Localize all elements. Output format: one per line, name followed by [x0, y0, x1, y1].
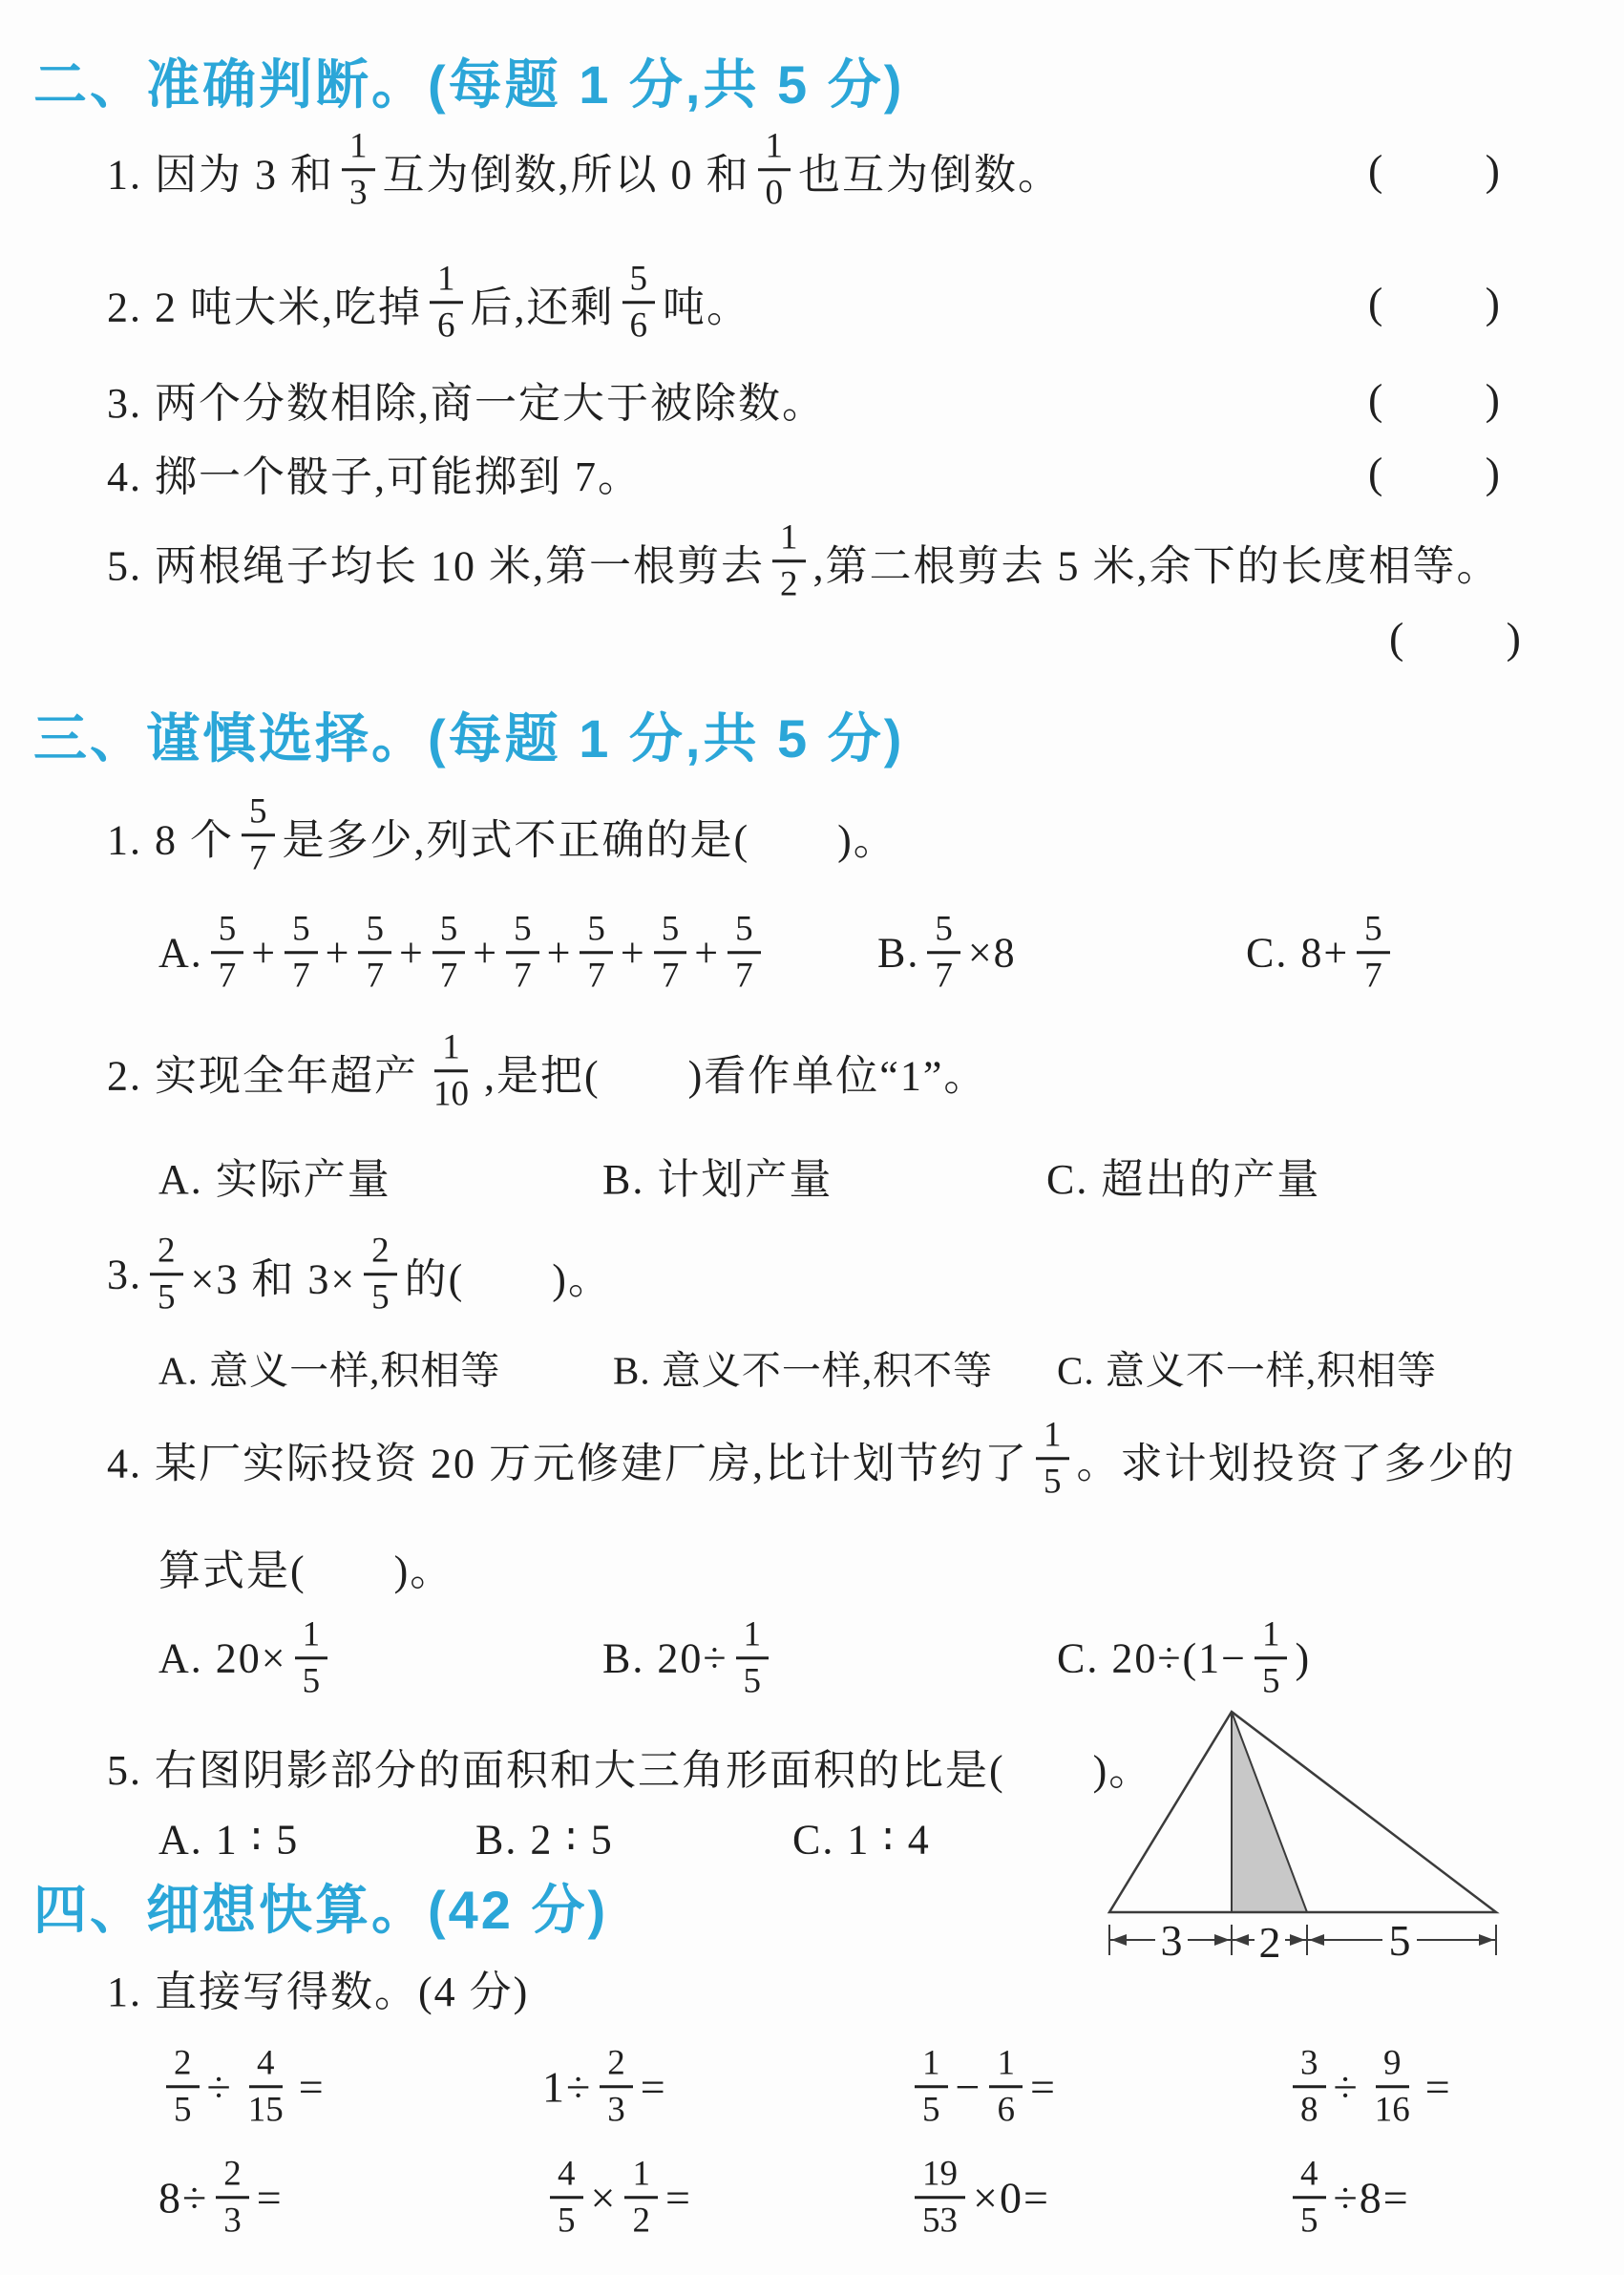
fraction-numerator: 1	[624, 2152, 658, 2199]
text-run: B. 计划产量	[602, 1145, 833, 1206]
fraction-numerator: 5	[242, 790, 275, 836]
fraction-denominator: 7	[927, 955, 960, 999]
text-run: 。求计划投资了多少的	[1077, 1428, 1516, 1489]
text-run: 后,还剩	[471, 272, 615, 333]
text-run: =	[1425, 2062, 1452, 2113]
text-run: 3.	[107, 1251, 142, 1299]
text-run: B. 2 ∶ 5	[475, 1816, 614, 1864]
fraction-denominator: 16	[1367, 2089, 1418, 2133]
choice-question-2: 2. 实现全年超产 110,是把( )看作单位“1”。	[107, 1025, 987, 1117]
fraction-numerator: 9	[1376, 2041, 1409, 2088]
fraction: 57	[432, 907, 466, 999]
fraction-denominator: 3	[600, 2089, 633, 2133]
fraction-denominator: 3	[216, 2200, 249, 2243]
fraction-denominator: 5	[915, 2089, 948, 2133]
math-worksheet-page: 二、准确判断。(每题 1 分,共 5 分) 1. 因为 3 和 13 互为倒数,…	[0, 0, 1624, 2275]
text-run: 5. 两根绳子均长 10 米,第一根剪去	[107, 531, 765, 592]
fraction-denominator: 7	[285, 955, 318, 999]
text-run: C. 1 ∶ 4	[792, 1816, 931, 1864]
choice-2-option-b: B. 计划产量	[602, 1145, 833, 1206]
text-run: +	[473, 929, 498, 978]
fraction-denominator: 5	[295, 1660, 328, 1704]
text-run: +	[694, 929, 720, 978]
choice-2-option-c: C. 超出的产量	[1046, 1145, 1320, 1206]
text-run: 4. 掷一个骰子,可能掷到 7。	[107, 442, 642, 503]
fraction: 16	[430, 257, 463, 348]
fraction: 25	[364, 1229, 397, 1320]
fraction: 415	[241, 2041, 291, 2133]
fraction-numerator: 1	[915, 2041, 948, 2088]
fraction-denominator: 2	[624, 2200, 658, 2243]
text-run: 4. 某厂实际投资 20 万元修建厂房,比计划节约了	[107, 1428, 1028, 1489]
fraction: 57	[285, 907, 318, 999]
choice-3-option-b: B. 意义不一样,积不等	[613, 1339, 993, 1396]
fraction: 45	[550, 2152, 583, 2243]
paren-open: (	[1368, 278, 1382, 328]
fraction: 15	[1036, 1413, 1069, 1505]
choice-question-1: 1. 8 个 57 是多少,列式不正确的是( )。	[107, 790, 897, 881]
text-run: =	[299, 2062, 326, 2113]
fraction-denominator: 7	[580, 955, 613, 999]
fraction: 110	[426, 1025, 476, 1117]
text-run: 的( )。	[405, 1244, 612, 1305]
fraction: 57	[358, 907, 391, 999]
fraction: 25	[150, 1229, 183, 1320]
text-run: A. 实际产量	[158, 1145, 391, 1206]
fraction-denominator: 6	[430, 305, 463, 348]
big-triangle	[1109, 1712, 1496, 1912]
text-run: ,是把( )看作单位“1”。	[484, 1041, 987, 1102]
calc-expression-8: 45÷8=	[1285, 2152, 1410, 2243]
fraction: 57	[1357, 907, 1390, 999]
choice-question-4-line-2: 算式是( )。	[158, 1536, 453, 1597]
fraction: 16	[989, 2041, 1023, 2133]
answer-blank-2: ()	[1368, 278, 1500, 328]
fraction-numerator: 1	[772, 516, 806, 562]
choice-3-option-a: A. 意义一样,积相等	[158, 1339, 500, 1396]
fraction-denominator: 15	[241, 2089, 291, 2133]
text-run: 是多少,列式不正确的是( )。	[283, 805, 897, 866]
fraction-denominator: 5	[1036, 1461, 1069, 1505]
text-run: +	[547, 929, 573, 978]
fraction-numerator: 5	[358, 907, 391, 954]
fraction: 13	[342, 124, 375, 216]
text-run: A.	[158, 929, 203, 978]
text-run: 吨。	[663, 272, 750, 333]
fraction-denominator: 7	[432, 955, 466, 999]
choice-5-option-a: A. 1 ∶ 5	[158, 1816, 299, 1864]
text-run: 也互为倒数。	[798, 139, 1062, 200]
text-run: −	[956, 2062, 982, 2113]
fraction-denominator: 0	[758, 172, 791, 216]
text-run: C. 超出的产量	[1046, 1145, 1320, 1206]
text-run: 1. 8 个	[107, 805, 234, 866]
fraction: 916	[1367, 2041, 1418, 2133]
fraction-numerator: 1	[989, 2041, 1023, 2088]
fraction-denominator: 2	[772, 563, 806, 607]
judgment-question-3: 3. 两个分数相除,商一定大于被除数。	[107, 369, 826, 430]
fraction: 45	[1293, 2152, 1326, 2243]
text-run: ÷	[1334, 2062, 1360, 2113]
fraction: 15	[295, 1612, 328, 1704]
fraction-denominator: 7	[1357, 955, 1390, 999]
answer-blank-5: ()	[1389, 613, 1521, 664]
fraction-numerator: 1	[1255, 1612, 1288, 1659]
fraction-denominator: 8	[1293, 2089, 1326, 2133]
fraction-denominator: 5	[550, 2200, 583, 2243]
fraction-numerator: 1	[1036, 1413, 1069, 1460]
text-run: ×8	[968, 929, 1017, 978]
paren-open: (	[1368, 145, 1382, 196]
fraction: 57	[580, 907, 613, 999]
text-run: 2. 实现全年超产	[107, 1041, 418, 1102]
fraction-denominator: 7	[506, 955, 539, 999]
fraction: 15	[736, 1612, 770, 1704]
text-run: 互为倒数,所以 0 和	[383, 139, 750, 200]
fraction-numerator: 2	[600, 2041, 633, 2088]
paren-open: (	[1368, 374, 1382, 425]
choice-5-option-b: B. 2 ∶ 5	[475, 1816, 614, 1864]
fraction-numerator: 5	[1357, 907, 1390, 954]
fraction-denominator: 5	[166, 2089, 200, 2133]
text-run: B. 意义不一样,积不等	[613, 1339, 993, 1396]
calc-expression-4: 38÷916=	[1285, 2041, 1452, 2133]
text-run: A. 意义一样,积相等	[158, 1339, 500, 1396]
fraction-denominator: 5	[150, 1276, 183, 1320]
text-run: 算式是( )。	[158, 1536, 453, 1597]
fraction-numerator: 5	[728, 907, 761, 954]
judgment-question-1: 1. 因为 3 和 13 互为倒数,所以 0 和 10 也互为倒数。	[107, 124, 1062, 216]
fraction-numerator: 5	[580, 907, 613, 954]
fraction-numerator: 1	[295, 1612, 328, 1659]
fraction: 57	[506, 907, 539, 999]
choice-3-option-c: C. 意义不一样,积相等	[1057, 1339, 1437, 1396]
fraction-numerator: 2	[150, 1229, 183, 1275]
fraction-denominator: 6	[622, 305, 656, 348]
fraction-denominator: 10	[426, 1073, 476, 1117]
choice-1-option-c: C. 8+57	[1246, 907, 1398, 999]
choice-5-option-c: C. 1 ∶ 4	[792, 1816, 931, 1864]
fraction-numerator: 1	[430, 257, 463, 304]
fraction-numerator: 5	[285, 907, 318, 954]
text-run: 3. 两个分数相除,商一定大于被除数。	[107, 369, 826, 430]
text-run: =	[665, 2173, 692, 2223]
text-run: 8÷	[158, 2173, 208, 2223]
text-run: +	[621, 929, 646, 978]
text-run: 1. 因为 3 和	[107, 139, 334, 200]
fraction: 38	[1293, 2041, 1326, 2133]
choice-1-option-b: B. 57×8	[877, 907, 1017, 999]
text-run: B.	[877, 929, 919, 978]
fraction: 12	[624, 2152, 658, 2243]
text-run: 5. 右图阴影部分的面积和大三角形面积的比是( )。	[107, 1736, 1152, 1797]
text-run: A. 1 ∶ 5	[158, 1816, 299, 1864]
fraction-numerator: 2	[216, 2152, 249, 2199]
fraction-denominator: 6	[989, 2089, 1023, 2133]
choice-2-option-a: A. 实际产量	[158, 1145, 391, 1206]
answer-blank-4: ()	[1368, 448, 1500, 498]
fraction-numerator: 19	[915, 2152, 965, 2199]
fraction-numerator: 5	[622, 257, 656, 304]
section-choice-title: 三、谨慎选择。(每题 1 分,共 5 分)	[33, 697, 904, 773]
text-run: =	[641, 2062, 667, 2113]
choice-1-option-a: A. 57+57+57+57+57+57+57+57	[158, 907, 769, 999]
fraction-denominator: 3	[342, 172, 375, 216]
fraction: 12	[772, 516, 806, 607]
section-judgment-title: 二、准确判断。(每题 1 分,共 5 分)	[33, 43, 904, 119]
calc-expression-5: 8÷23=	[158, 2152, 284, 2243]
text-run: +	[399, 929, 425, 978]
choice-4-option-a: A. 20×15	[158, 1612, 335, 1704]
paren-close: )	[1486, 448, 1500, 498]
fraction-numerator: 5	[506, 907, 539, 954]
fraction-numerator: 4	[550, 2152, 583, 2199]
text-run: A. 20×	[158, 1634, 287, 1683]
fraction-denominator: 7	[358, 955, 391, 999]
fraction: 57	[211, 907, 244, 999]
text-run: ×3 和 3×	[191, 1244, 357, 1305]
fraction: 57	[654, 907, 687, 999]
fraction-numerator: 2	[166, 2041, 200, 2088]
text-run: ×	[591, 2173, 618, 2223]
fraction-numerator: 4	[1293, 2152, 1326, 2199]
text-run: C. 意义不一样,积相等	[1057, 1339, 1437, 1396]
paren-close: )	[1486, 145, 1500, 196]
fraction-denominator: 7	[242, 837, 275, 881]
fraction: 57	[728, 907, 761, 999]
answer-blank-1: ()	[1368, 145, 1500, 196]
fraction: 56	[622, 257, 656, 348]
fraction: 25	[166, 2041, 200, 2133]
section-calc-title: 四、细想快算。(42 分)	[33, 1868, 608, 1945]
fraction: 10	[758, 124, 791, 216]
calc-expression-2: 1÷23=	[542, 2041, 667, 2133]
triangle-diagram: 3 2 5	[1088, 1688, 1537, 1974]
text-run: ×0=	[973, 2173, 1050, 2223]
dimension-label-2: 2	[1259, 1918, 1281, 1967]
fraction-numerator: 5	[927, 907, 960, 954]
fraction-denominator: 7	[728, 955, 761, 999]
fraction-denominator: 5	[736, 1660, 770, 1704]
fraction-numerator: 4	[249, 2041, 283, 2088]
fraction: 23	[600, 2041, 633, 2133]
paren-close: )	[1507, 613, 1521, 664]
calc-expression-3: 15−16=	[907, 2041, 1057, 2133]
text-run: =	[257, 2173, 284, 2223]
judgment-question-5: 5. 两根绳子均长 10 米,第一根剪去 12,第二根剪去 5 米,余下的长度相…	[107, 516, 1501, 607]
text-run: 1÷	[542, 2062, 592, 2113]
choice-question-3: 3. 25×3 和 3×25 的( )。	[107, 1229, 612, 1320]
dimension-label-3: 3	[1161, 1916, 1183, 1965]
fraction-denominator: 7	[654, 955, 687, 999]
text-run: +	[326, 929, 351, 978]
dimension-label-5: 5	[1389, 1916, 1411, 1965]
judgment-question-2: 2. 2 吨大米,吃掉 16 后,还剩 56 吨。	[107, 257, 750, 348]
judgment-question-4: 4. 掷一个骰子,可能掷到 7。	[107, 442, 642, 503]
paren-close: )	[1486, 278, 1500, 328]
answer-blank-3: ()	[1368, 374, 1500, 425]
text-run: +	[251, 929, 277, 978]
fraction-denominator: 53	[915, 2200, 965, 2243]
fraction-denominator: 7	[211, 955, 244, 999]
fraction-numerator: 5	[432, 907, 466, 954]
fraction-numerator: 1	[342, 124, 375, 171]
fraction-numerator: 1	[434, 1025, 468, 1072]
fraction-denominator: 5	[1293, 2200, 1326, 2243]
fraction: 15	[915, 2041, 948, 2133]
fraction: 23	[216, 2152, 249, 2243]
calc-expression-1: 25÷415=	[158, 2041, 326, 2133]
fraction-numerator: 2	[364, 1229, 397, 1275]
text-run: C. 8+	[1246, 929, 1349, 978]
paren-open: (	[1368, 448, 1382, 498]
choice-question-4-line-1: 4. 某厂实际投资 20 万元修建厂房,比计划节约了 15。求计划投资了多少的	[107, 1413, 1516, 1505]
text-run: C. 20÷(1−	[1057, 1634, 1247, 1683]
fraction-numerator: 3	[1293, 2041, 1326, 2088]
paren-open: (	[1389, 613, 1403, 664]
text-run: )	[1295, 1634, 1311, 1683]
fraction: 1953	[915, 2152, 965, 2243]
calc-expression-7: 1953×0=	[907, 2152, 1050, 2243]
text-run: =	[1030, 2062, 1057, 2113]
text-run: ,第二根剪去 5 米,余下的长度相等。	[813, 531, 1501, 592]
choice-4-option-b: B. 20÷15	[602, 1612, 776, 1704]
text-run: ÷	[207, 2062, 233, 2113]
fraction-numerator: 5	[211, 907, 244, 954]
fraction-denominator: 5	[364, 1276, 397, 1320]
text-run: ÷8=	[1334, 2173, 1410, 2223]
fraction-numerator: 1	[758, 124, 791, 171]
fraction-numerator: 1	[736, 1612, 770, 1659]
text-run: B. 20÷	[602, 1634, 728, 1683]
text-run: 2. 2 吨大米,吃掉	[107, 272, 422, 333]
calc-subtitle: 1. 直接写得数。(4 分)	[107, 1957, 529, 2018]
paren-close: )	[1486, 374, 1500, 425]
calc-expression-6: 45×12=	[542, 2152, 692, 2243]
fraction-numerator: 5	[654, 907, 687, 954]
choice-question-5: 5. 右图阴影部分的面积和大三角形面积的比是( )。	[107, 1736, 1152, 1797]
fraction: 57	[242, 790, 275, 881]
fraction: 57	[927, 907, 960, 999]
